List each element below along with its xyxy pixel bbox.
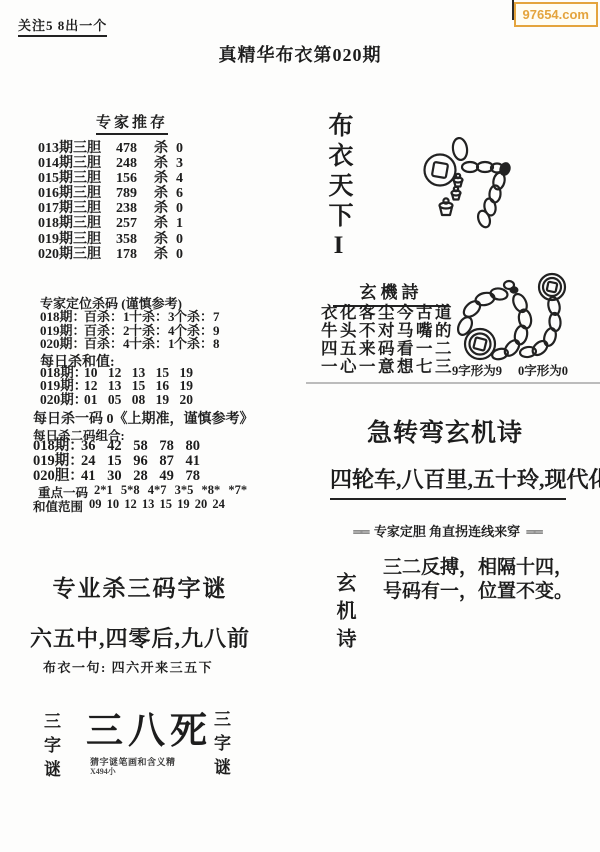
period-cell: 014期三胆 — [38, 156, 116, 171]
kill-value: 0 — [176, 232, 188, 247]
numbers-cell: 156 — [116, 171, 154, 186]
table-row: 018期：百杀：1十杀：3个杀：7 — [40, 310, 219, 324]
table-row: 020期：百杀：4十杀：1个杀：8 — [40, 337, 219, 351]
numbers-cell: 257 — [116, 216, 154, 231]
period-cell: 017期三胆 — [38, 201, 116, 216]
period-cell: 013期三胆 — [38, 141, 116, 156]
values-cell: 36 42 58 78 80 — [81, 439, 200, 454]
daily-kill-two-table: 018期：36 42 58 78 80 019期：24 15 96 87 41 … — [33, 439, 200, 484]
riddle-title: 专业杀三码字谜 — [0, 570, 280, 603]
values-cell: 01 05 08 19 20 — [84, 393, 193, 406]
table-row: 017期三胆238杀0 — [38, 201, 188, 216]
daily-kill-sum-table: 018期：10 12 13 15 19 019期：12 13 15 16 19 … — [40, 366, 193, 406]
period-cell: 015期三胆 — [38, 171, 116, 186]
daily-kill-one-line: 每日杀一码 0《上期准，谨慎参考》 — [33, 408, 254, 428]
tens-kill: 十杀：1 — [129, 337, 171, 351]
values-cell: 10 12 13 15 19 — [84, 366, 193, 379]
table-row: 018期三胆257杀1 — [38, 216, 188, 231]
period-cell: 019期： — [40, 379, 84, 392]
table-row: 018期：10 12 13 15 19 — [40, 366, 193, 379]
buyi-tianxia-vertical-title: 布衣天下I — [320, 112, 356, 264]
page-title: 真精华布衣第020期 — [0, 41, 600, 67]
numbers-cell: 248 — [116, 156, 154, 171]
sum-range-values: 09 10 12 13 15 19 20 24 — [89, 497, 225, 515]
poem-line: 号码有一，位置不变。 — [383, 580, 573, 604]
period-cell: 019期： — [33, 454, 81, 469]
units-kill: 个杀：7 — [174, 310, 216, 324]
kill-label: 杀 — [154, 201, 176, 216]
bottom-poem-vertical-label: 玄机诗 — [330, 572, 359, 656]
tens-kill: 十杀：4 — [129, 324, 171, 338]
kill-value: 4 — [176, 171, 188, 186]
expert-recommend-title: 专家推存 — [96, 111, 168, 135]
period-cell: 018期： — [40, 366, 84, 379]
table-row: 019期：24 15 96 87 41 — [33, 454, 200, 469]
kill-label: 杀 — [154, 171, 176, 186]
sum-range-label: 和值范围 — [33, 497, 83, 515]
units-kill: 个杀：8 — [174, 337, 216, 351]
hundreds-kill: 百杀：1 — [84, 310, 126, 324]
table-row: 019期：百杀：2十杀：4个杀：9 — [40, 324, 219, 338]
riddle-footnote-2: X494小 — [90, 766, 116, 777]
values-cell: 12 13 15 16 19 — [84, 379, 193, 392]
period-cell: 016期三胆 — [38, 186, 116, 201]
period-cell: 018期： — [40, 310, 84, 324]
three-char-riddle-answer: 三八死 — [86, 700, 212, 754]
table-row: 016期三胆789杀6 — [38, 186, 188, 201]
period-cell: 020期： — [40, 337, 84, 351]
period-cell: 019期三胆 — [38, 232, 116, 247]
top-note: 关注5 8出一个 — [18, 15, 107, 37]
values-cell: 41 30 28 49 78 — [81, 469, 200, 484]
table-row: 020期：01 05 08 19 20 — [40, 393, 193, 406]
table-row: 019期：12 13 15 16 19 — [40, 379, 193, 392]
units-kill: 个杀：9 — [174, 324, 216, 338]
kill-label: 杀 — [154, 216, 176, 231]
table-row: 020胆：41 30 28 49 78 — [33, 469, 200, 484]
kill-value: 1 — [176, 216, 188, 231]
table-row: 015期三胆156杀4 — [38, 171, 188, 186]
numbers-cell: 789 — [116, 186, 154, 201]
kill-value: 0 — [176, 247, 188, 262]
period-cell: 018期： — [33, 439, 81, 454]
poem-line: 三二反搏，相隔十四， — [383, 556, 573, 580]
numbers-cell: 478 — [116, 141, 154, 156]
coin-teacups-chain-drawing — [413, 128, 538, 240]
period-cell: 020胆： — [33, 469, 81, 484]
three-char-riddle-label-right: 三字谜 — [208, 710, 233, 782]
kill-label: 杀 — [154, 186, 176, 201]
kill-label: 杀 — [154, 141, 176, 156]
kill-label: 杀 — [154, 247, 176, 262]
chains-9-0-drawing — [428, 266, 593, 371]
site-watermark: 97654.com — [514, 2, 599, 27]
three-char-riddle-label-left: 三字谜 — [38, 712, 63, 784]
kill-position-table: 018期：百杀：1十杀：3个杀：7 019期：百杀：2十杀：4个杀：9 020期… — [40, 310, 219, 351]
values-cell: 24 15 96 87 41 — [81, 454, 200, 469]
period-cell: 020期： — [40, 393, 84, 406]
period-cell: 018期三胆 — [38, 216, 116, 231]
kill-label: 杀 — [154, 232, 176, 247]
table-row: 018期：36 42 58 78 80 — [33, 439, 200, 454]
numbers-cell: 178 — [116, 247, 154, 262]
caption-nine-shape: 9字形为9 — [452, 361, 502, 379]
riddle-line: 六五中,四零后,九八前 — [0, 622, 280, 653]
sharp-turn-poem-title: 急转弯玄机诗 — [330, 413, 560, 449]
table-row: 013期三胆478杀0 — [38, 141, 188, 156]
expert-dan-note: ══ 专家定胆 角直拐连线来穿 ══ — [332, 521, 562, 540]
period-cell: 020期三胆 — [38, 247, 116, 262]
numbers-cell: 358 — [116, 232, 154, 247]
kill-value: 3 — [176, 156, 188, 171]
table-row: 014期三胆248杀3 — [38, 156, 188, 171]
bottom-poem: 三二反搏，相隔十四， 号码有一，位置不变。 — [383, 556, 573, 604]
kill-label: 杀 — [154, 156, 176, 171]
table-row: 020期三胆178杀0 — [38, 247, 188, 262]
kill-value: 0 — [176, 141, 188, 156]
hundreds-kill: 百杀：2 — [84, 324, 126, 338]
table-row: 019期三胆358杀0 — [38, 232, 188, 247]
expert-recommend-table: 013期三胆478杀0 014期三胆248杀3 015期三胆156杀4 016期… — [38, 141, 188, 262]
kill-value: 0 — [176, 201, 188, 216]
lottery-tip-sheet: 关注5 8出一个 97654.com 真精华布衣第020期 专家推存 013期三… — [0, 0, 600, 852]
sum-range-line: 和值范围 09 10 12 13 15 19 20 24 — [33, 497, 225, 515]
hundreds-kill: 百杀：4 — [84, 337, 126, 351]
kill-value: 6 — [176, 186, 188, 201]
dash-decoration: ══ — [526, 524, 540, 539]
numbers-cell: 238 — [116, 201, 154, 216]
section-divider-line — [306, 382, 600, 384]
sharp-turn-poem-line: 四轮车,八百里,五十玲,现代化 — [330, 463, 566, 500]
period-cell: 019期： — [40, 324, 84, 338]
expert-dan-note-text: 专家定胆 角直拐连线来穿 — [374, 524, 520, 539]
tens-kill: 十杀：3 — [129, 310, 171, 324]
dash-decoration: ══ — [353, 524, 367, 539]
buyi-phrase: 布衣一句: 四六开来三五下 — [43, 657, 213, 676]
caption-zero-shape: 0字形为0 — [518, 361, 568, 379]
